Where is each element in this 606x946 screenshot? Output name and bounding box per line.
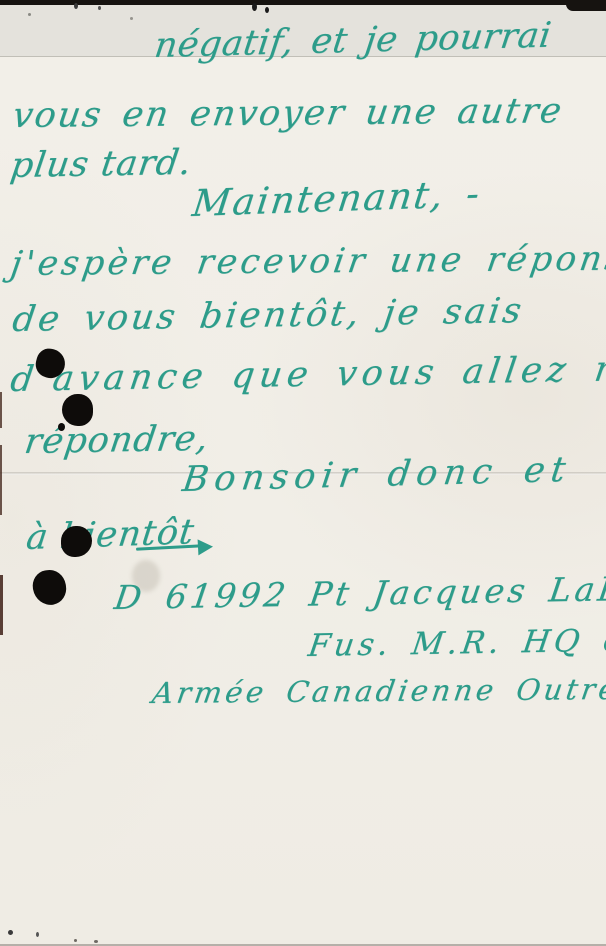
- paper-speck: [74, 939, 77, 942]
- signature-line: Armée Canadienne Outremer: [150, 671, 606, 710]
- scan-edge-left: [0, 575, 3, 635]
- scan-edge-top: [0, 0, 606, 5]
- signature-line: D 61992 Pt Jacques LaBelle: [112, 568, 606, 617]
- scan-edge-left: [0, 445, 2, 515]
- handwritten-line: plus tard.: [8, 143, 195, 186]
- paper-speck: [265, 7, 269, 13]
- scan-edge-top-right: [566, 0, 606, 11]
- handwritten-line: Bonsoir donc et: [180, 450, 574, 500]
- handwritten-line: de vous bientôt, je sais: [10, 291, 527, 340]
- handwritten-line: d'avance que vous allez me: [8, 349, 606, 400]
- paper-speck: [98, 6, 101, 10]
- handwritten-line: vous en envoyer une autre: [10, 91, 566, 136]
- paper-speck: [94, 940, 98, 943]
- paper-speck: [36, 932, 39, 937]
- ink-blot: [62, 394, 93, 426]
- ink-blot: [30, 567, 69, 607]
- handwritten-line: répondre,: [22, 419, 212, 462]
- paper-speck: [8, 930, 13, 935]
- right-arrow-icon: [198, 539, 214, 556]
- paper-speck: [130, 17, 133, 20]
- handwritten-line: Maintenant, -: [190, 172, 484, 225]
- paper-speck: [74, 3, 78, 9]
- signature-line: Fus. M.R. HQ cy.: [306, 622, 606, 664]
- handwritten-line: j'espère recevoir une réponse: [8, 238, 606, 284]
- scan-edge-left: [0, 392, 2, 428]
- handwritten-line: à bientôt: [24, 512, 197, 558]
- paper-speck: [28, 13, 31, 16]
- paper-speck: [252, 3, 257, 11]
- ink-blot: [58, 423, 65, 431]
- letter-page: négatif, et je pourrai vous en envoyer u…: [0, 0, 606, 946]
